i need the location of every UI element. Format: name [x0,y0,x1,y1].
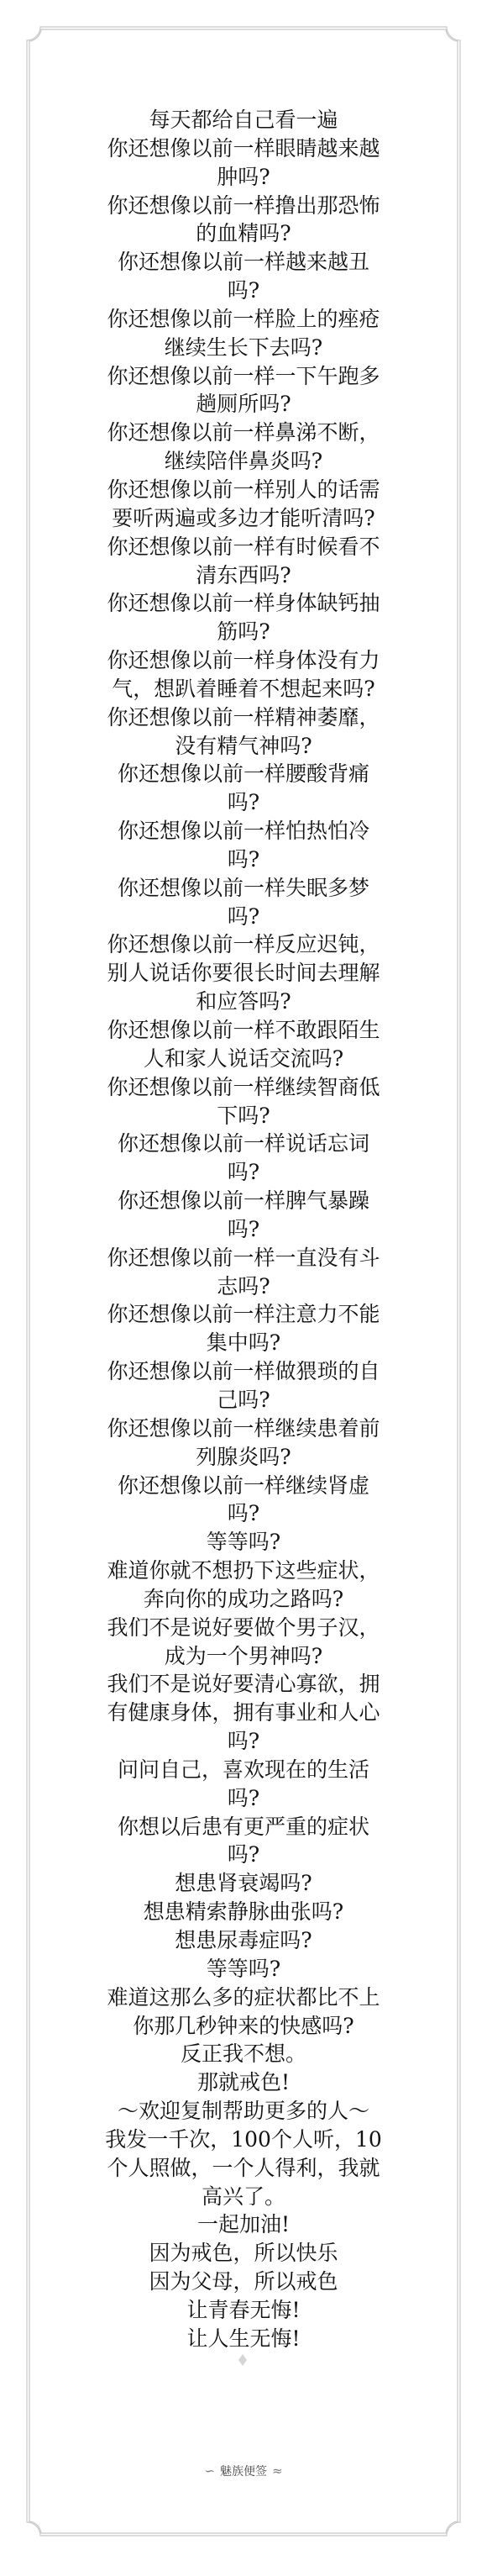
note-line: 你还想像以前一样做猥琐的自 [50,1357,437,1386]
note-line: 我们不是说好要做个男子汉， [50,1614,437,1642]
note-line: 清东西吗? [50,561,437,590]
note-line: 趟厕所吗? [50,390,437,419]
note-line: 等等吗? [50,1955,437,1983]
note-line: 一起加油! [50,2210,437,2239]
note-line: 列腺炎吗? [50,1443,437,1472]
note-line: 等等吗? [50,1528,437,1557]
ornament-right-icon: ≈ [272,2463,283,2479]
note-line: 因为戒色，所以快乐 [50,2239,437,2268]
brand-label: 魅族便签 [220,2465,267,2479]
diamond-divider-icon [238,2354,247,2366]
note-line: 要听两遍或多边才能听清吗? [50,504,437,533]
note-line: 吗? [50,788,437,817]
note-line: 你还想像以前一样眼睛越来越 [50,134,437,163]
note-line: 吗? [50,1727,437,1756]
note-line: 那就戒色! [50,2068,437,2097]
note-line: 的血精吗? [50,219,437,248]
note-line: 和应答吗? [50,988,437,1016]
note-line: 志吗? [50,1272,437,1301]
note-line: 你还想像以前一样脸上的痤疮 [50,305,437,334]
note-line: 难道你就不想扔下这些症状， [50,1557,437,1585]
note-line: 你还想像以前一样别人的话需 [50,476,437,504]
note-line: 吗? [50,1215,437,1244]
note-line: 你还想像以前一样继续智商低 [50,1073,437,1102]
note-line: 吗? [50,1499,437,1528]
note-line: 气，想趴着睡着不想起来吗? [50,675,437,703]
note-line: 想患尿毒症吗? [50,1926,437,1955]
note-line: 高兴了。 [50,2183,437,2211]
note-line: 因为父母，所以戒色 [50,2268,437,2296]
note-line: 吗? [50,1784,437,1813]
note-line: 你还想像以前一样一直没有斗 [50,1244,437,1272]
note-line: 你还想像以前一样注意力不能 [50,1300,437,1329]
note-line: 你还想像以前一样说话忘词 [50,1130,437,1158]
note-line: 奔向你的成功之路吗? [50,1585,437,1614]
note-line: 难道这那么多的症状都比不上 [50,1983,437,2012]
note-line: 继续陪伴鼻炎吗? [50,447,437,476]
note-line: 想患精索静脉曲张吗? [50,1898,437,1926]
note-line: 你还想像以前一样反应迟钝， [50,930,437,959]
note-line: 筋吗? [50,618,437,646]
note-line: 你还想像以前一样鼻涕不断， [50,419,437,447]
note-line: ～欢迎复制帮助更多的人～ [50,2097,437,2126]
note-line: 你还想像以前一样身体缺钙抽 [50,589,437,618]
note-line: 继续生长下去吗? [50,334,437,362]
note-line: 问问自己，喜欢现在的生活 [50,1756,437,1784]
note-line: 你还想像以前一样越来越丑 [50,248,437,277]
note-line: 你那几秒钟来的快感吗? [50,2012,437,2041]
note-line: 想患肾衰竭吗? [50,1869,437,1898]
note-line: 下吗? [50,1102,437,1130]
note-line: 肿吗? [50,163,437,192]
note-line: 人和家人说话交流吗? [50,1045,437,1073]
note-line: 吗? [50,1158,437,1187]
note-line: 我发一千次，100个人听，10 [50,2126,437,2154]
note-line: 让人生无悔! [50,2325,437,2353]
ornament-left-icon: ∽ [204,2463,215,2479]
note-line: 别人说话你要很长时间去理解 [50,959,437,988]
note-line: 你还想像以前一样撸出那恐怖 [50,192,437,220]
note-line: 你还想像以前一样脾气暴躁 [50,1187,437,1215]
note-line: 你还想像以前一样怕热怕冷 [50,817,437,845]
note-line: 反正我不想。 [50,2040,437,2068]
note-line: 你还想像以前一样继续肾虚 [50,1472,437,1500]
note-line: 没有精气神吗? [50,732,437,761]
note-line: 每天都给自己看一遍 [50,106,437,134]
note-line: 吗? [50,1841,437,1869]
note-line: 你还想像以前一样不敢跟陌生 [50,1016,437,1045]
note-line: 你还想像以前一样腰酸背痛 [50,760,437,788]
note-line: 你还想像以前一样身体没有力 [50,646,437,675]
note-line: 你还想像以前一样一下午跑多 [50,362,437,391]
note-line: 集中吗? [50,1329,437,1357]
note-line: 成为一个男神吗? [50,1642,437,1671]
note-line: 有健康身体，拥有事业和人心 [50,1699,437,1727]
note-body: 每天都给自己看一遍你还想像以前一样眼睛越来越肿吗?你还想像以前一样撸出那恐怖的血… [50,106,437,2353]
note-line: 吗? [50,277,437,305]
note-line: 己吗? [50,1386,437,1414]
note-line: 个人照做，一个人得利，我就 [50,2154,437,2183]
note-line: 你想以后患有更严重的症状 [50,1813,437,1841]
note-line: 吗? [50,903,437,931]
note-line: 你还想像以前一样精神萎靡， [50,703,437,732]
note-line: 你还想像以前一样有时候看不 [50,533,437,561]
note-line: 你还想像以前一样失眠多梦 [50,874,437,903]
note-line: 吗? [50,845,437,874]
note-line: 让青春无悔! [50,2296,437,2325]
note-line: 我们不是说好要清心寡欲，拥 [50,1670,437,1699]
note-line: 你还想像以前一样继续患着前 [50,1414,437,1443]
note-footer-brand: ∽魅族便签≈ [0,2463,487,2479]
